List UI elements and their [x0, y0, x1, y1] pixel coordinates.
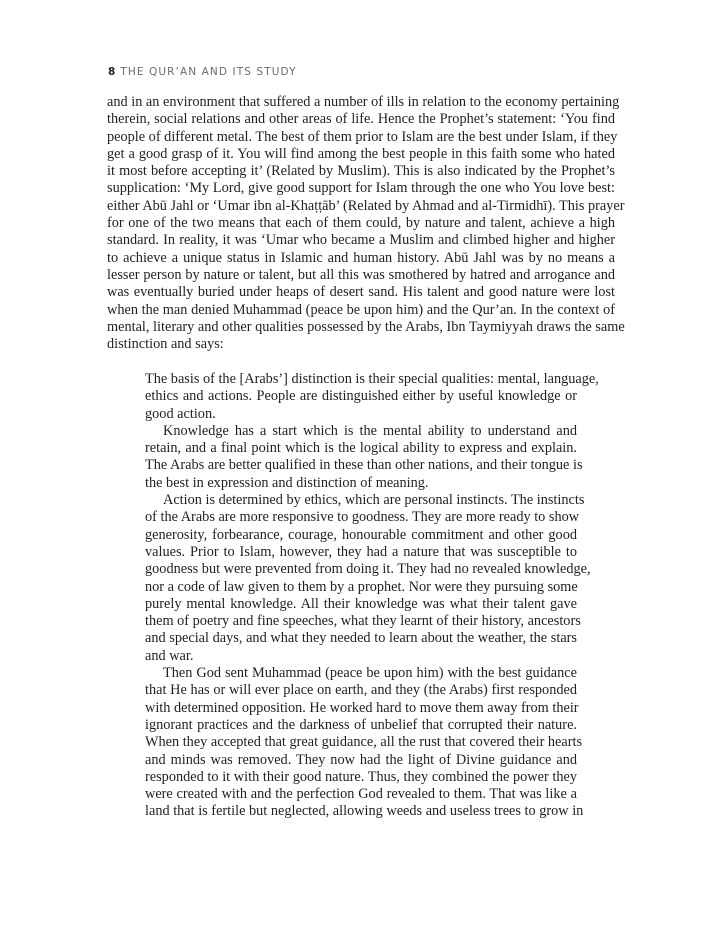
quote-line: were created with and the perfection God… — [145, 786, 577, 803]
quote-line: nor a code of law given to them by a pro… — [145, 579, 577, 596]
quote-line: The Arabs are better qualified in these … — [145, 457, 577, 474]
text-line: and in an environment that suffered a nu… — [107, 94, 615, 111]
text-line: when the man denied Muhammad (peace be u… — [107, 302, 615, 319]
quote-line: land that is fertile but neglected, allo… — [145, 803, 577, 820]
quote-line: responded to it with their good nature. … — [145, 769, 577, 786]
text-line: standard. In reality, it was ‘Umar who b… — [107, 232, 615, 249]
quote-line: and minds was removed. They now had the … — [145, 752, 577, 769]
text-line: distinction and says: — [107, 336, 615, 353]
page-number: 8 — [108, 66, 115, 78]
text-line: for one of the two means that each of th… — [107, 215, 615, 232]
quote-line: that He has or will ever place on earth,… — [145, 682, 577, 699]
text-line: get a good grasp of it. You will find am… — [107, 146, 615, 163]
quote-paragraph-1: The basis of the [Arabs’] distinction is… — [145, 371, 577, 423]
main-paragraph: and in an environment that suffered a nu… — [107, 94, 615, 353]
quote-paragraph-4: Then God sent Muhammad (peace be upon hi… — [145, 665, 577, 821]
quote-line: ignorant practices and the darkness of u… — [145, 717, 577, 734]
quote-line: values. Prior to Islam, however, they ha… — [145, 544, 577, 561]
quote-line: When they accepted that great guidance, … — [145, 734, 577, 751]
quote-line: Action is determined by ethics, which ar… — [145, 492, 577, 509]
quote-paragraph-3: Action is determined by ethics, which ar… — [145, 492, 577, 665]
quote-line: Then God sent Muhammad (peace be upon hi… — [145, 665, 577, 682]
text-line: people of different metal. The best of t… — [107, 129, 615, 146]
quote-line: The basis of the [Arabs’] distinction is… — [145, 371, 577, 388]
quote-line: of the Arabs are more responsive to good… — [145, 509, 577, 526]
quote-line: Knowledge has a start which is the menta… — [145, 423, 577, 440]
text-line: it most before accepting it’ (Related by… — [107, 163, 615, 180]
quote-line: with determined opposition. He worked ha… — [145, 700, 577, 717]
quote-paragraph-2: Knowledge has a start which is the menta… — [145, 423, 577, 492]
quote-line: good action. — [145, 406, 577, 423]
text-line: either Abū Jahl or ‘Umar ibn al-Khaṭṭāb’… — [107, 198, 615, 215]
text-line: therein, social relations and other area… — [107, 111, 615, 128]
text-line: supplication: ‘My Lord, give good suppor… — [107, 180, 615, 197]
quote-line: and war. — [145, 648, 577, 665]
quote-line: purely mental knowledge. All their knowl… — [145, 596, 577, 613]
text-line: was eventually buried under heaps of des… — [107, 284, 615, 301]
quote-line: them of poetry and fine speeches, what t… — [145, 613, 577, 630]
quote-line: and special days, and what they needed t… — [145, 630, 577, 647]
running-head-title: THE QUR’AN AND ITS STUDY — [120, 66, 296, 78]
block-quote: The basis of the [Arabs’] distinction is… — [145, 371, 577, 821]
running-head: 8THE QUR’AN AND ITS STUDY — [108, 66, 297, 78]
quote-line: generosity, forbearance, courage, honour… — [145, 527, 577, 544]
quote-line: goodness but were prevented from doing i… — [145, 561, 577, 578]
text-line: mental, literary and other qualities pos… — [107, 319, 615, 336]
quote-line: retain, and a final point which is the l… — [145, 440, 577, 457]
text-line: to achieve a unique status in Islamic an… — [107, 250, 615, 267]
text-line: lesser person by nature or talent, but a… — [107, 267, 615, 284]
quote-line: ethics and actions. People are distingui… — [145, 388, 577, 405]
quote-line: the best in expression and distinction o… — [145, 475, 577, 492]
